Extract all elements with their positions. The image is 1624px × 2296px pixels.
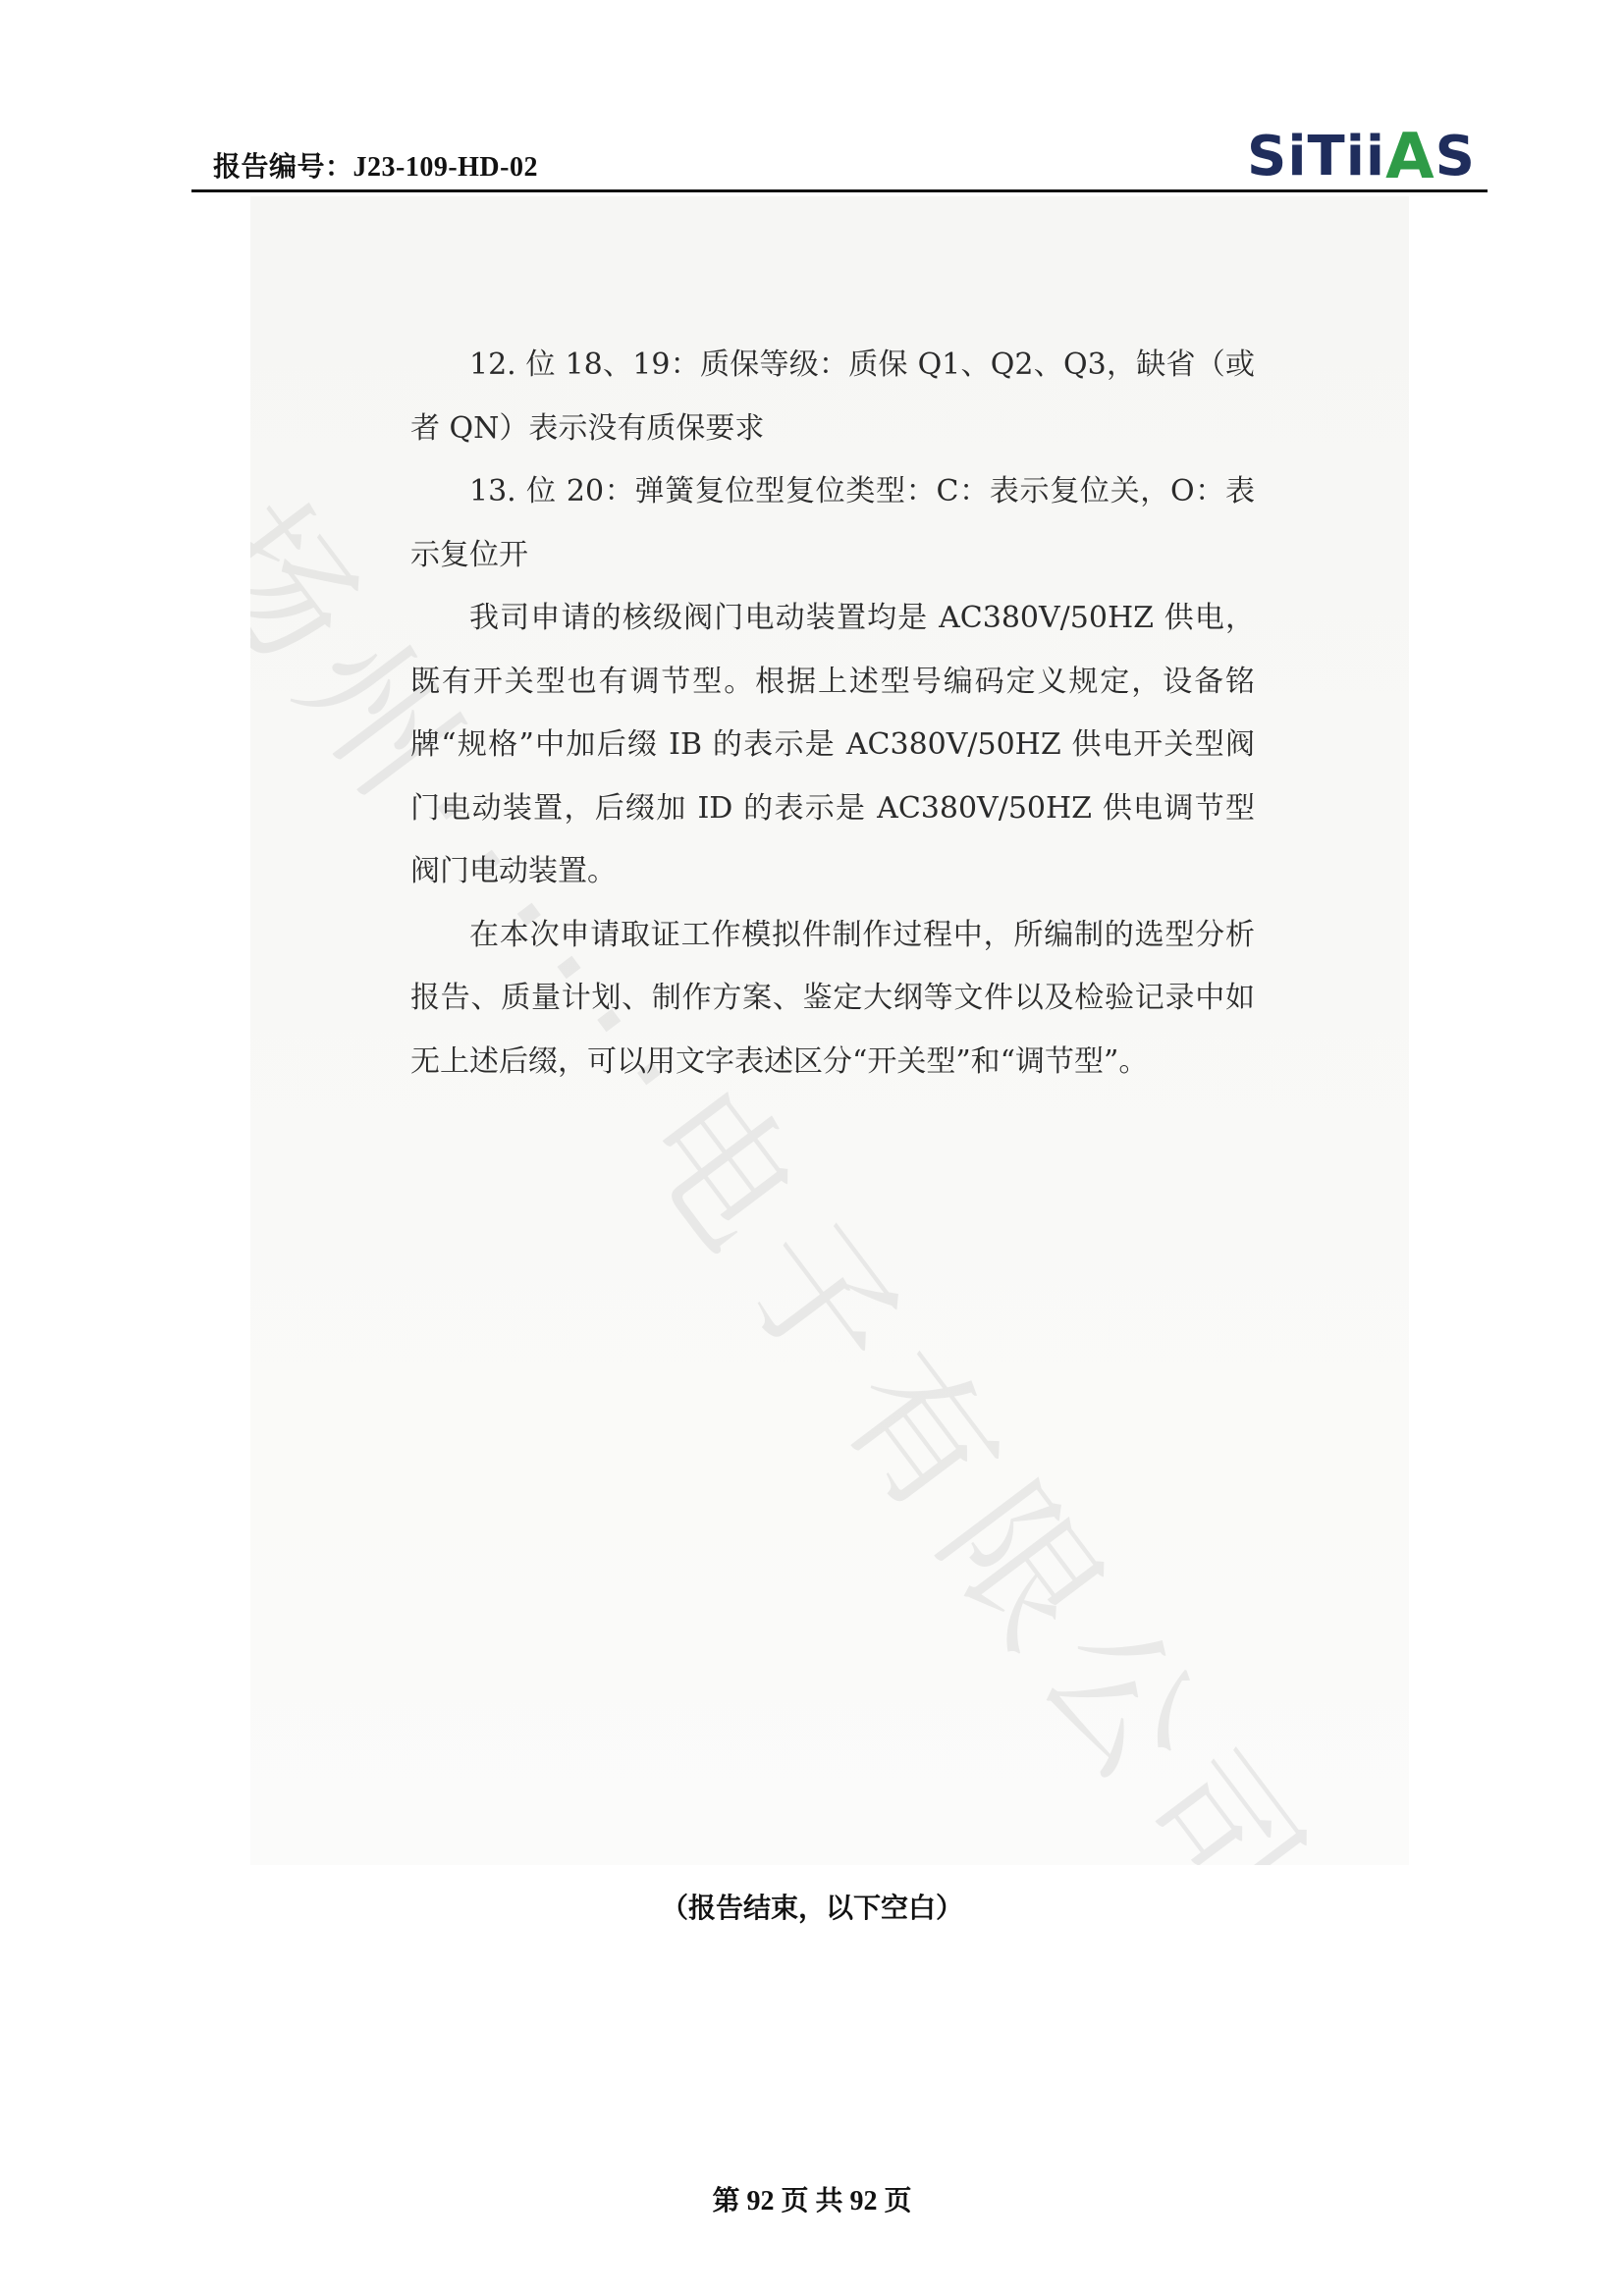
report-end-note: （报告结束，以下空白）	[0, 1887, 1624, 1926]
company-logo: SiTiiAS	[1247, 128, 1476, 187]
paragraph-item-12: 12. 位 18、19：质保等级：质保 Q1、Q2、Q3，缺省（或者 QN）表示…	[410, 334, 1255, 460]
body-text: 12. 位 18、19：质保等级：质保 Q1、Q2、Q3，缺省（或者 QN）表示…	[410, 334, 1255, 1094]
paragraph-power-supply: 我司申请的核级阀门电动装置均是 AC380V/50HZ 供电，既有开关型也有调节…	[410, 587, 1255, 904]
report-number: 报告编号：J23-109-HD-02	[213, 145, 538, 185]
page-header: 报告编号：J23-109-HD-02 SiTiiAS	[191, 128, 1488, 190]
scanned-page-area: 扬州······电子有限公司 12. 位 18、19：质保等级：质保 Q1、Q2…	[250, 196, 1409, 1865]
logo-triangle-a: A	[1385, 128, 1435, 187]
logo-text-part1: SiTii	[1247, 128, 1385, 187]
paragraph-item-13: 13. 位 20：弹簧复位型复位类型：C：表示复位关，O：表示复位开	[410, 460, 1255, 587]
logo-text-part3: S	[1435, 128, 1476, 187]
page-number: 第 92 页 共 92 页	[0, 2179, 1624, 2218]
header-divider	[191, 189, 1488, 192]
paragraph-document-note: 在本次申请取证工作模拟件制作过程中，所编制的选型分析报告、质量计划、制作方案、鉴…	[410, 904, 1255, 1095]
